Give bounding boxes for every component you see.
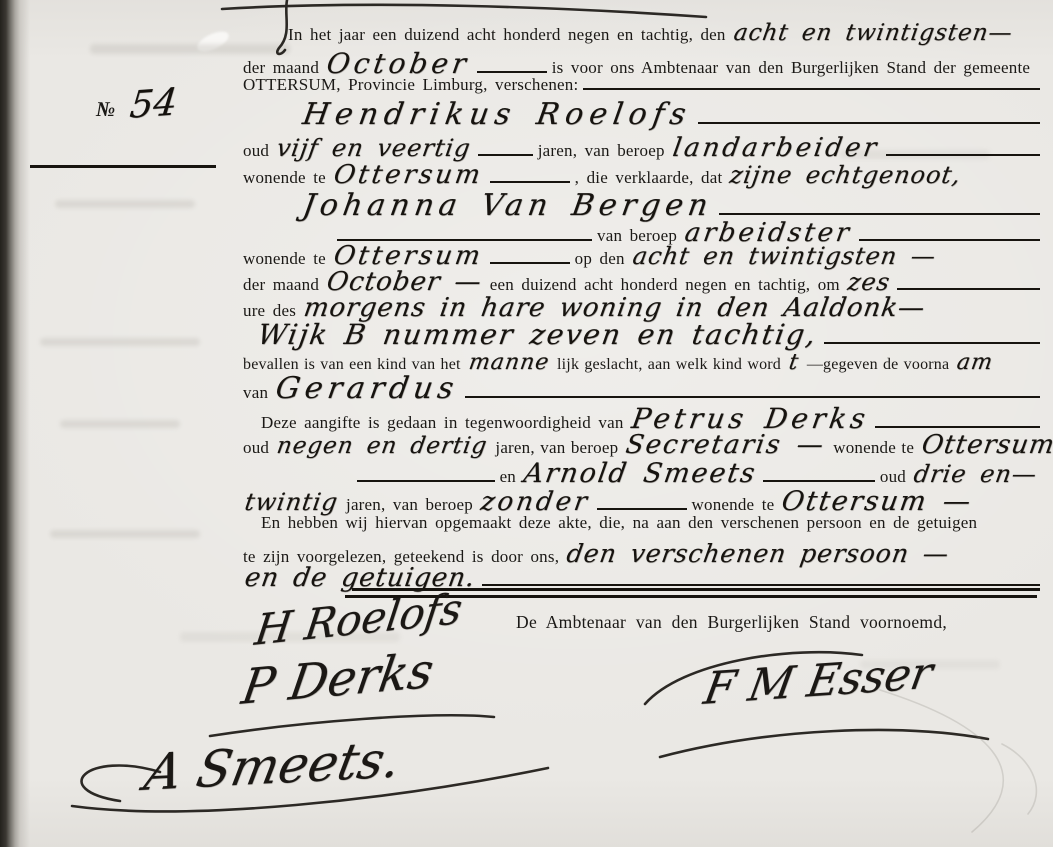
- line-declarant-residence: wonende teOttersum, die verklaarde, datz…: [240, 160, 1042, 190]
- printed-form-text: op den: [575, 249, 625, 269]
- signature-smeets: A Smeets.: [140, 730, 406, 802]
- record-number-label: №: [96, 97, 116, 122]
- blank-rule: [490, 168, 570, 183]
- faint-pencil-arc: [880, 690, 1003, 832]
- printed-form-text: In het jaar een duizend acht honderd neg…: [288, 25, 726, 45]
- officiant-title: De Ambtenaar van den Burgerlijken Stand …: [516, 612, 947, 633]
- handwritten-entry: negen en dertig: [275, 433, 489, 459]
- blank-rule: [824, 329, 1040, 344]
- handwritten-entry: Hendrikus Roelofs: [300, 97, 694, 132]
- printed-form-text: oud: [880, 467, 906, 487]
- blank-rule: [875, 413, 1040, 428]
- blank-rule: [719, 200, 1040, 215]
- previous-record-signature-stroke: [222, 5, 706, 17]
- margin-rule: [30, 165, 216, 168]
- bleedthrough-mark: [55, 200, 195, 208]
- printed-form-text: der maand: [243, 275, 319, 295]
- blank-rule: [698, 109, 1040, 124]
- line-declarant-name: Hendrikus Roelofs: [298, 97, 1042, 132]
- printed-form-text: een duizend acht honderd negen en tachti…: [490, 275, 840, 295]
- bleedthrough-mark: [50, 530, 200, 538]
- paper-blemish: [194, 28, 231, 56]
- blank-rule: [478, 141, 533, 156]
- line-municipality: OTTERSUM, Provincie Limburg, verschenen:: [240, 75, 1042, 95]
- printed-form-text: jaren, van beroep: [495, 438, 618, 458]
- blank-rule: [482, 571, 1040, 586]
- line-closing-1: En hebben wij hiervan opgemaakt deze akt…: [258, 513, 1042, 533]
- line-birth-address: Wijk B nummer zeven en tachtig,: [253, 318, 1042, 351]
- blank-rule: [477, 58, 547, 73]
- handwritten-entry: acht en twintigsten—: [732, 20, 1015, 46]
- blank-rule: [583, 75, 1040, 90]
- handwritten-entry: twintig: [243, 488, 340, 516]
- blank-rule: [337, 226, 592, 241]
- printed-form-text: OTTERSUM, Provincie Limburg, verschenen:: [243, 75, 578, 95]
- handwritten-entry: Arnold Smeets: [522, 458, 759, 489]
- esser-signature-underline: [660, 730, 988, 757]
- handwritten-entry: landarbeider: [670, 133, 881, 163]
- blank-rule: [357, 467, 495, 482]
- faint-pencil-arc: [1002, 744, 1036, 814]
- signature-esser: F M Esser: [700, 647, 936, 715]
- printed-form-text: , die verklaarde, dat: [575, 168, 723, 188]
- printed-form-text: wonende te: [692, 495, 775, 515]
- handwritten-entry: Gerardus: [273, 371, 461, 406]
- printed-form-text: oud: [243, 141, 269, 161]
- printed-form-text: jaren, van beroep: [346, 495, 473, 515]
- handwritten-entry: acht en twintigsten —: [630, 242, 937, 270]
- blank-rule: [886, 141, 1040, 156]
- line-declarant-age-occupation: oudvijf en veertigjaren, van beroeplanda…: [240, 133, 1042, 163]
- handwritten-entry: Wijk B nummer zeven en tachtig,: [255, 318, 819, 351]
- signature-derks: P Derks: [238, 642, 437, 716]
- printed-form-text: oud: [243, 438, 269, 458]
- handwritten-entry: Ottersum: [332, 160, 486, 190]
- blank-rule: [859, 226, 1040, 241]
- book-binding-edge: [0, 0, 30, 847]
- line-year-opening: In het jaar een duizend acht honderd neg…: [285, 20, 1042, 46]
- printed-form-text: wonende te: [833, 438, 914, 458]
- line-witness2-name: enArnold Smeetsouddrie en—: [355, 458, 1042, 489]
- blank-rule: [465, 383, 1040, 398]
- blank-rule: [763, 467, 875, 482]
- line-witness1-age-occupation: oudnegen en dertigjaren, van beroepSecre…: [240, 430, 1042, 460]
- handwritten-entry: vijf en veertig: [275, 134, 473, 162]
- handwritten-entry: drie en—: [912, 460, 1039, 488]
- handwritten-entry: Ottersum: [920, 430, 1053, 460]
- line-child-name: vanGerardus: [240, 371, 1042, 406]
- printed-form-text: van: [243, 383, 268, 403]
- blank-rule: [897, 275, 1040, 290]
- handwritten-entry: zes: [846, 268, 893, 296]
- handwritten-entry: zijne echtgenoot,: [728, 161, 963, 189]
- printed-form-text: En hebben wij hiervan opgemaakt deze akt…: [261, 513, 977, 533]
- printed-form-text: jaren, van beroep: [538, 141, 665, 161]
- printed-form-text: wonende te: [243, 168, 326, 188]
- printed-form-text: wonende te: [243, 249, 326, 269]
- record-number: № 54: [96, 82, 177, 125]
- blank-rule: [490, 249, 570, 264]
- record-number-value: 54: [128, 80, 180, 127]
- printed-form-text: en: [500, 467, 516, 487]
- bleedthrough-mark: [60, 420, 180, 428]
- handwritten-entry: Secretaris —: [624, 430, 828, 460]
- bleedthrough-mark: [40, 338, 200, 346]
- blank-rule: [597, 495, 687, 510]
